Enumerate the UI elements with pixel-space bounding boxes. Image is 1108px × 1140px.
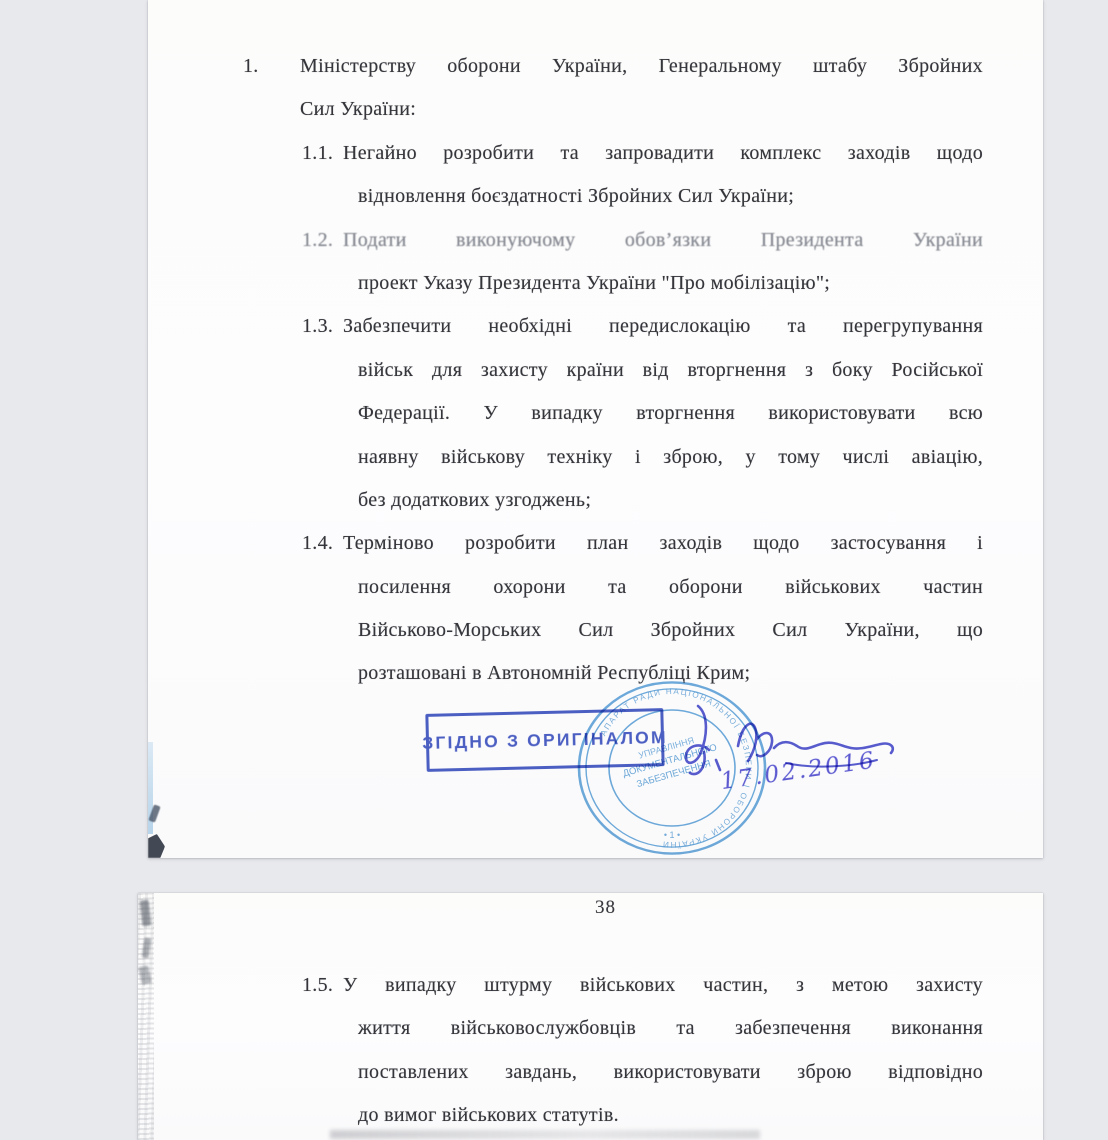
handwritten-signature-icon <box>660 660 920 810</box>
item-number: 1.1. <box>302 132 333 175</box>
text-line: відновлення боєздатності Збройних Сил Ук… <box>148 175 1043 218</box>
line-text: Міністерству оборони України, Генерально… <box>300 45 983 88</box>
text-line: посилення охорони та оборони військових … <box>148 566 1043 609</box>
item-number: 1.3. <box>302 305 333 348</box>
line-text: до вимог військових статутів. <box>358 1094 983 1137</box>
line-text: У випадку штурму військових частин, з ме… <box>343 964 983 1007</box>
item-number: 1.4. <box>302 522 333 565</box>
text-line: Військово-Морських Сил Збройних Сил Укра… <box>148 609 1043 652</box>
text-line: наявну військову техніку і зброю, у тому… <box>148 436 1043 479</box>
scanned-page-2: 38 1.5.У випадку штурму військових части… <box>138 893 1043 1140</box>
text-line: Федерації. У випадку вторгнення використ… <box>148 392 1043 435</box>
line-text: Подати виконуючому обов’язки Президента … <box>343 219 983 262</box>
line-text: наявну військову техніку і зброю, у тому… <box>358 436 983 479</box>
text-line: 1.Міністерству оборони України, Генераль… <box>148 45 1043 88</box>
item-number: 1.2. <box>302 219 333 262</box>
line-text: Забезпечити необхідні передислокацію та … <box>343 305 983 348</box>
line-text: без додаткових узгоджень; <box>358 479 983 522</box>
line-text: поставлених завдань, використовувати збр… <box>358 1051 983 1094</box>
text-line: 1.3.Забезпечити необхідні передислокацію… <box>148 305 1043 348</box>
line-text: Негайно розробити та запровадити комплек… <box>343 132 983 175</box>
text-line: проект Указу Президента України "Про моб… <box>148 262 1043 305</box>
line-text: Федерації. У випадку вторгнення використ… <box>358 392 983 435</box>
line-text: Військово-Морських Сил Збройних Сил Укра… <box>358 609 983 652</box>
line-text: Сил України: <box>300 88 983 131</box>
text-line: без додаткових узгоджень; <box>148 479 1043 522</box>
line-text: Терміново розробити план заходів щодо за… <box>343 522 983 565</box>
text-line: 1.4.Терміново розробити план заходів щод… <box>148 522 1043 565</box>
line-text: проект Указу Президента України "Про моб… <box>358 262 983 305</box>
certify-stamp-label: ЗГІДНО З ОРИГІНАЛОМ <box>422 727 668 754</box>
text-line: до вимог військових статутів. <box>138 1094 1043 1137</box>
text-line: 1.1.Негайно розробити та запровадити ком… <box>148 132 1043 175</box>
line-text: посилення охорони та оборони військових … <box>358 566 983 609</box>
text-line: поставлених завдань, використовувати збр… <box>138 1051 1043 1094</box>
page2-text-block: 1.5.У випадку штурму військових частин, … <box>138 893 1043 1138</box>
line-text: відновлення боєздатності Збройних Сил Ук… <box>358 175 983 218</box>
seal-ring-bottom-text: • 1 • <box>664 830 680 840</box>
item-number: 1. <box>243 45 259 88</box>
line-text: військ для захисту країни від вторгнення… <box>358 349 983 392</box>
text-line: 1.5.У випадку штурму військових частин, … <box>138 964 1043 1007</box>
text-line: Сил України: <box>148 88 1043 131</box>
page1-text-block: 1.Міністерству оборони України, Генераль… <box>148 0 1043 696</box>
text-line: військ для захисту країни від вторгнення… <box>148 349 1043 392</box>
item-number: 1.5. <box>302 964 333 1007</box>
certified-true-copy-stamp: ЗГІДНО З ОРИГІНАЛОМ <box>425 708 664 772</box>
text-line: 1.2.Подати виконуючому обов’язки Президе… <box>148 219 1043 262</box>
line-text: життя військовослужбовців та забезпеченн… <box>358 1007 983 1050</box>
text-line: життя військовослужбовців та забезпеченн… <box>138 1007 1043 1050</box>
